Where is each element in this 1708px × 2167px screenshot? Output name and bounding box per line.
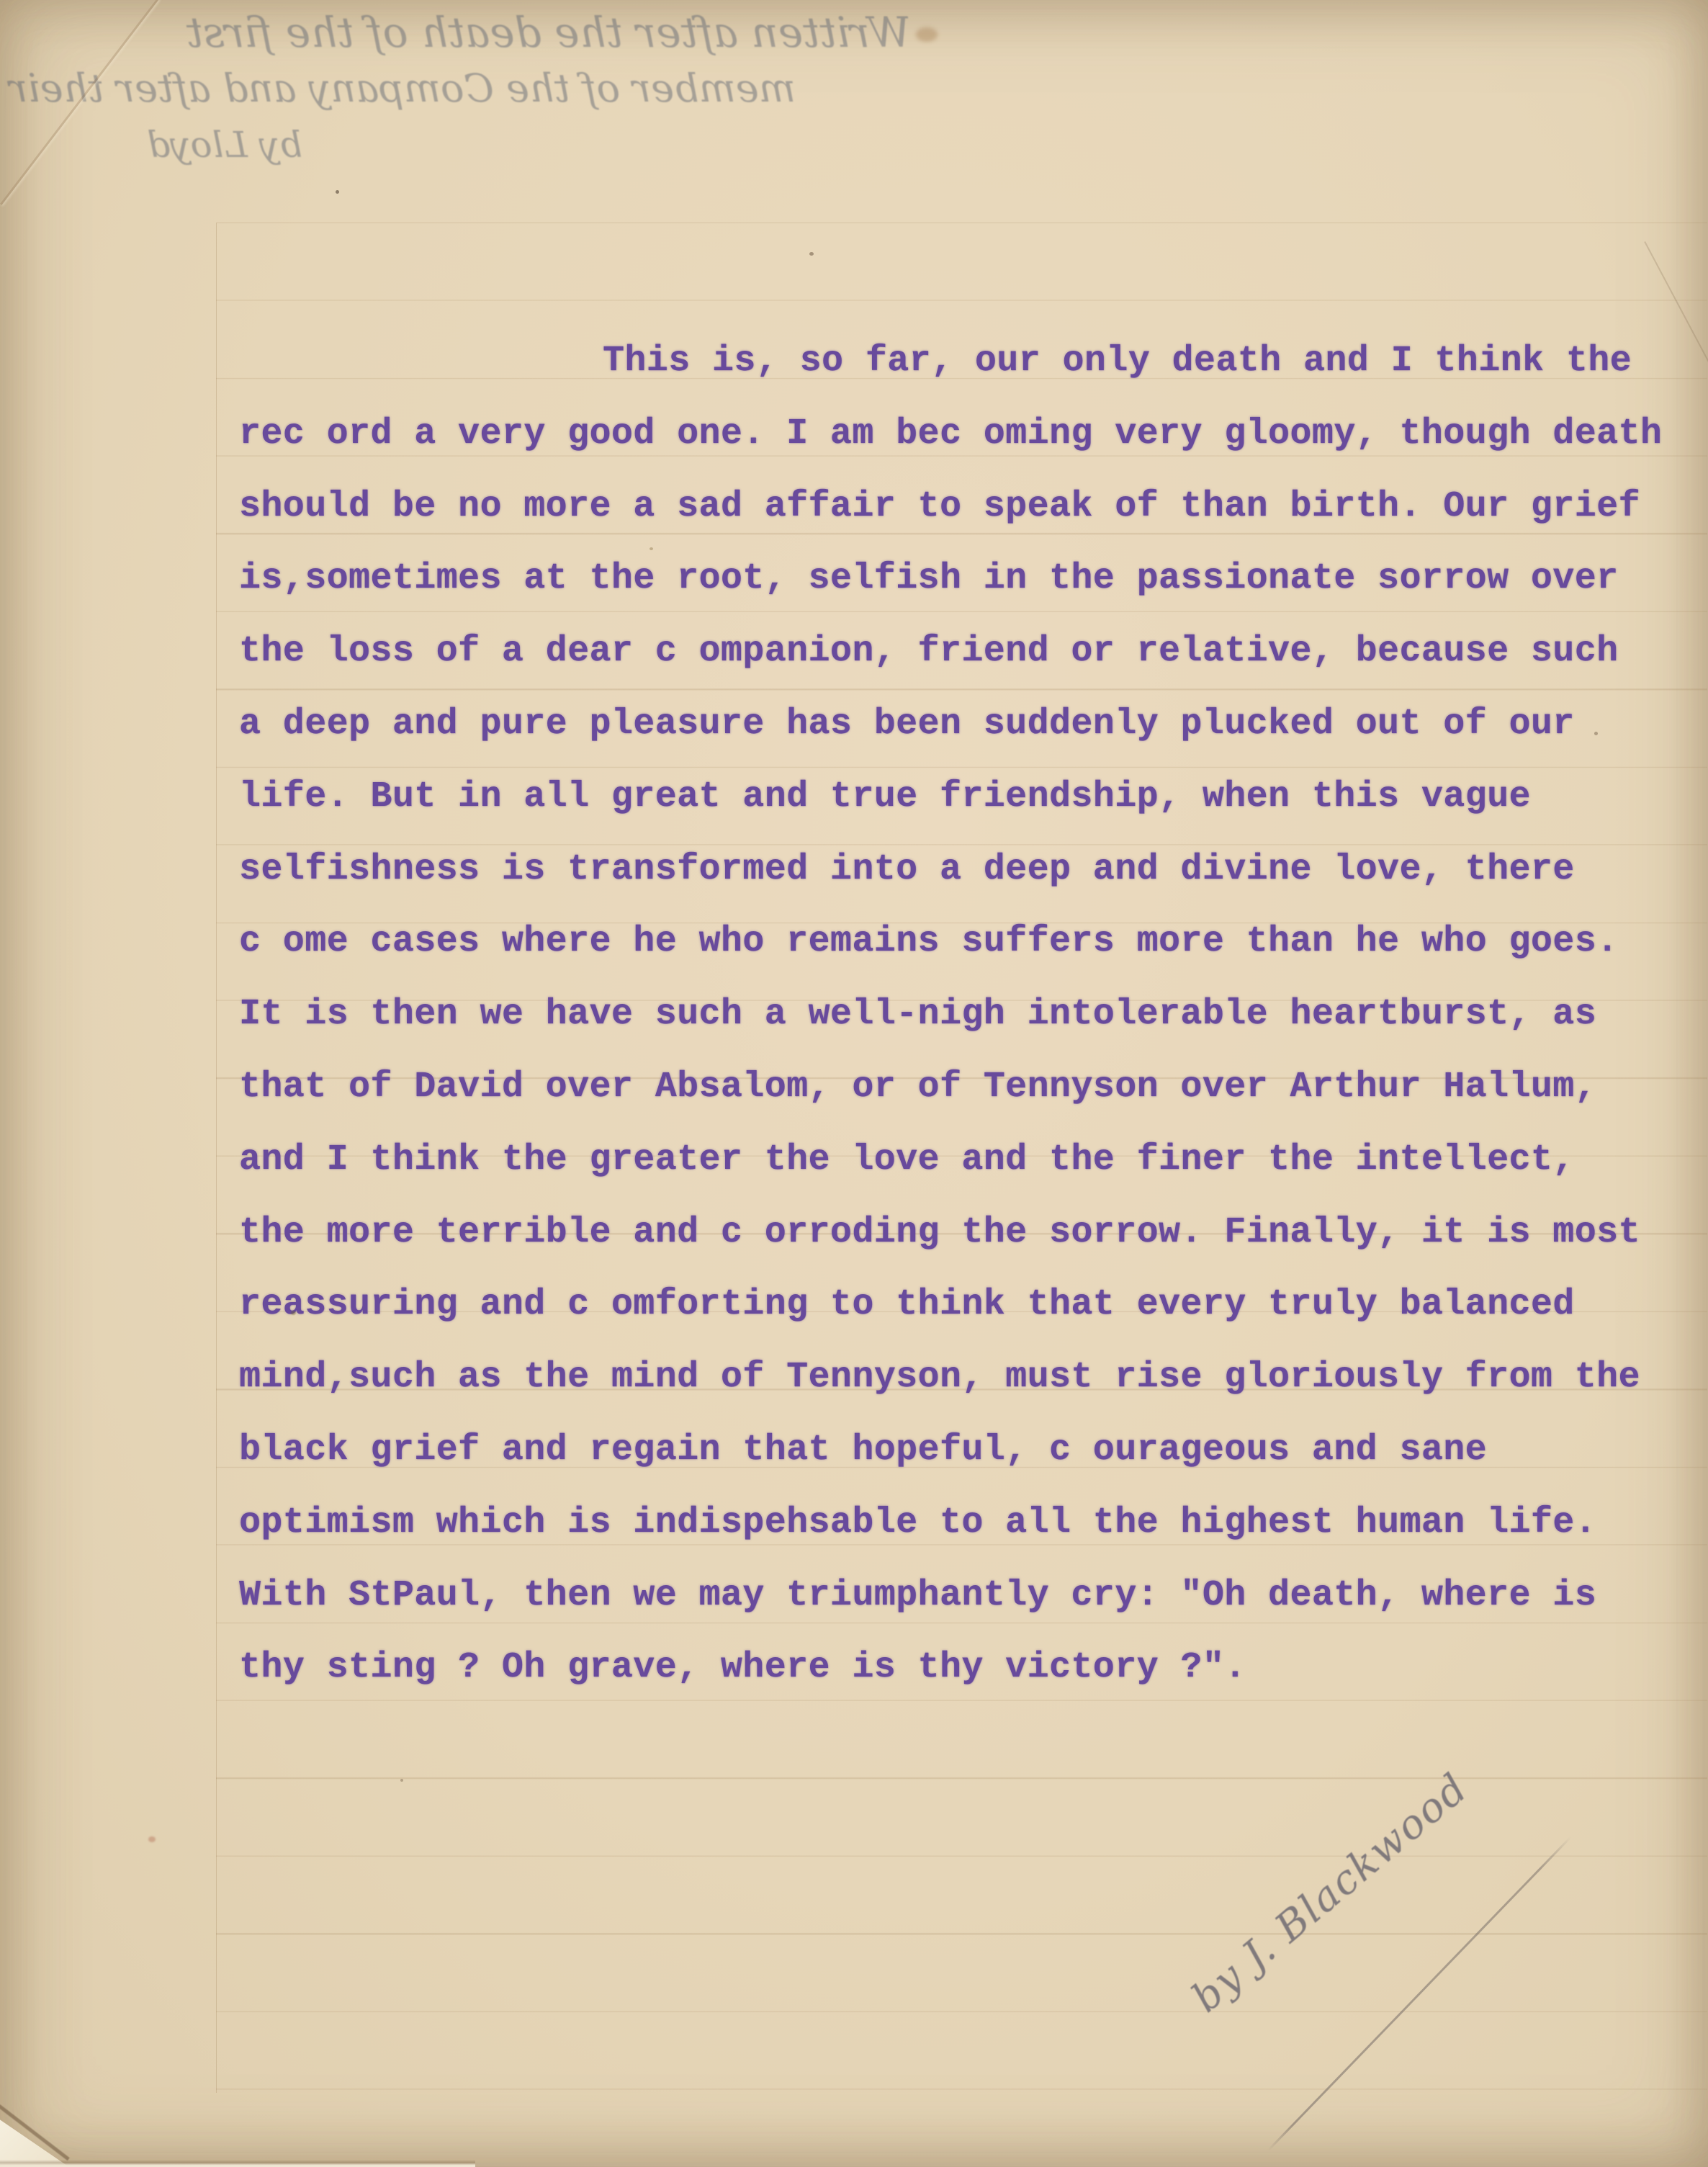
typed-line: a deep and pure pleasure has been sudden… bbox=[239, 688, 1708, 761]
paper-stain bbox=[148, 1836, 156, 1842]
typed-line: the loss of a dear c ompanion, friend or… bbox=[239, 616, 1708, 688]
typed-line: life. But in all great and true friendsh… bbox=[239, 761, 1708, 834]
mirrored-handwriting-line: Written after the death of the first bbox=[184, 4, 911, 60]
typed-line: It is then we have such a well-nigh into… bbox=[239, 979, 1708, 1051]
paper-speck bbox=[809, 252, 814, 256]
typed-line: should be no more a sad affair to speak … bbox=[239, 471, 1708, 544]
paper-speck bbox=[650, 547, 653, 550]
mirrored-handwriting-line: by Lloyd bbox=[184, 117, 302, 173]
typed-line: This is, so far, our only death and I th… bbox=[239, 326, 1708, 398]
typed-line: With StPaul, then we may triumphantly cr… bbox=[239, 1560, 1708, 1633]
paper-speck bbox=[1594, 732, 1598, 735]
typed-line: is,sometimes at the root, selfish in the… bbox=[239, 543, 1708, 616]
paper-bottom-edge bbox=[0, 2160, 475, 2167]
typed-line: the more terrible and c orroding the sor… bbox=[239, 1197, 1708, 1270]
paper-speck bbox=[400, 1779, 403, 1782]
mirrored-handwriting-note: Written after the death of the first mem… bbox=[184, 4, 911, 177]
typed-line: thy sting ? Oh grave, where is thy victo… bbox=[239, 1632, 1708, 1705]
scanned-letter-page: Written after the death of the first mem… bbox=[0, 0, 1708, 2167]
typed-line: selfishness is transformed into a deep a… bbox=[239, 834, 1708, 907]
typed-line: black grief and regain that hopeful, c o… bbox=[239, 1414, 1708, 1487]
typed-line: mind,such as the mind of Tennyson, must … bbox=[239, 1342, 1708, 1414]
paper-stain bbox=[916, 27, 938, 42]
typed-line: reassuring and c omforting to think that… bbox=[239, 1269, 1708, 1342]
torn-corner-chip bbox=[0, 2109, 69, 2167]
typewritten-paragraph: This is, so far, our only death and I th… bbox=[239, 326, 1708, 1705]
typed-line: c ome cases where he who remains suffers… bbox=[239, 906, 1708, 979]
mirrored-handwriting-line: member of the Company and after their an… bbox=[184, 60, 796, 117]
typed-line: that of David over Absalom, or of Tennys… bbox=[239, 1051, 1708, 1124]
typed-line: optimism which is indispehsable to all t… bbox=[239, 1487, 1708, 1560]
paper-speck bbox=[291, 1311, 296, 1315]
paper-speck bbox=[336, 190, 339, 194]
typed-line: and I think the greater the love and the… bbox=[239, 1124, 1708, 1197]
typed-line: rec ord a very good one. I am bec oming … bbox=[239, 398, 1708, 471]
